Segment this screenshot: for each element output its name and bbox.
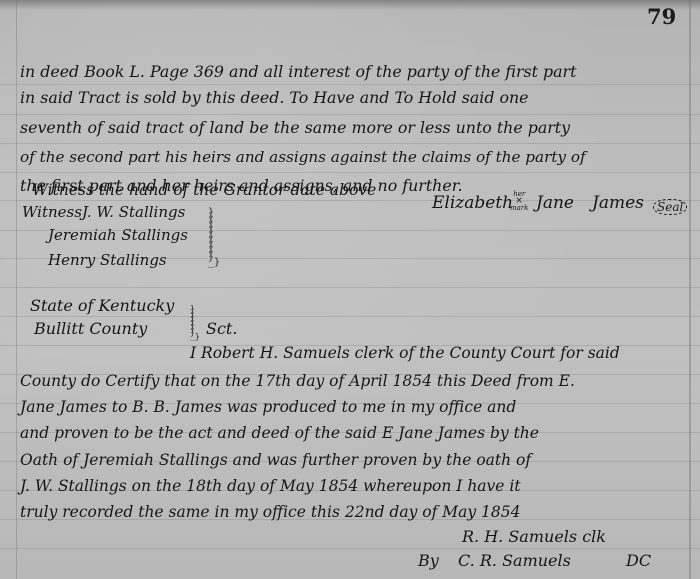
grantor-first-name: Elizabeth [432, 193, 513, 213]
deputy-name: C. R. Samuels [458, 551, 571, 570]
ruled-line [0, 316, 700, 317]
seal-icon: Seal [653, 199, 687, 215]
certificate-line-4: and proven to be the act and deed of the… [20, 424, 539, 442]
witness-brace-icon: } } } } } } } } } } _} [208, 210, 220, 265]
certificate-line-7: truly recorded the same in my office thi… [20, 503, 521, 521]
witness-label: Witness [22, 203, 82, 221]
ruled-line [0, 114, 700, 115]
certificate-line-5: Oath of Jeremiah Stallings and was furth… [20, 451, 531, 469]
ruled-line [0, 143, 700, 144]
ruled-line [0, 548, 700, 549]
deputy-by: By [418, 551, 439, 570]
deed-line-4: of the second part his heirs and assigns… [20, 148, 586, 166]
right-margin-line [689, 0, 691, 579]
ruled-line [0, 172, 700, 173]
deed-line-1: in deed Book L. Page 369 and all interes… [20, 62, 576, 81]
page-number: 79 [647, 4, 676, 29]
grantor-mark: her × mark [510, 191, 528, 212]
witness-name-2: Jeremiah Stallings [48, 226, 188, 244]
witness-name-3: Henry Stallings [48, 251, 167, 269]
deputy-title: DC [626, 551, 651, 570]
clerk-signature: R. H. Samuels clk [462, 527, 606, 546]
certificate-line-2: County do Certify that on the 17th day o… [20, 372, 575, 390]
grantor-last-name: James [592, 193, 644, 213]
left-margin-line [16, 0, 17, 579]
ledger-page: 79 in deed Book L. Page 369 and all inte… [0, 0, 700, 579]
certificate-line-1: I Robert H. Samuels clerk of the County … [190, 344, 620, 362]
venue-state: State of Kentucky [30, 296, 174, 315]
mark-label: mark [510, 205, 528, 212]
certificate-line-6: J. W. Stallings on the 18th day of May 1… [20, 477, 521, 495]
venue-sct: Sct. [206, 319, 237, 338]
deed-line-2: in said Tract is sold by this deed. To H… [20, 88, 529, 107]
grantor-middle-name: Jane [536, 193, 574, 213]
ruled-line [0, 84, 700, 85]
witness-name-1: J. W. Stallings [82, 203, 185, 221]
witness-clause: Witness the hand of the Grantor date abo… [32, 181, 376, 199]
ruled-line [0, 287, 700, 288]
certificate-line-3: Jane James to B. B. James was produced t… [20, 398, 516, 416]
venue-brace-icon: } } } } } } } _} [190, 307, 200, 339]
deed-line-3: seventh of said tract of land be the sam… [20, 118, 570, 137]
venue-county: Bullitt County [34, 319, 147, 338]
page-edge-shadow [0, 0, 700, 10]
